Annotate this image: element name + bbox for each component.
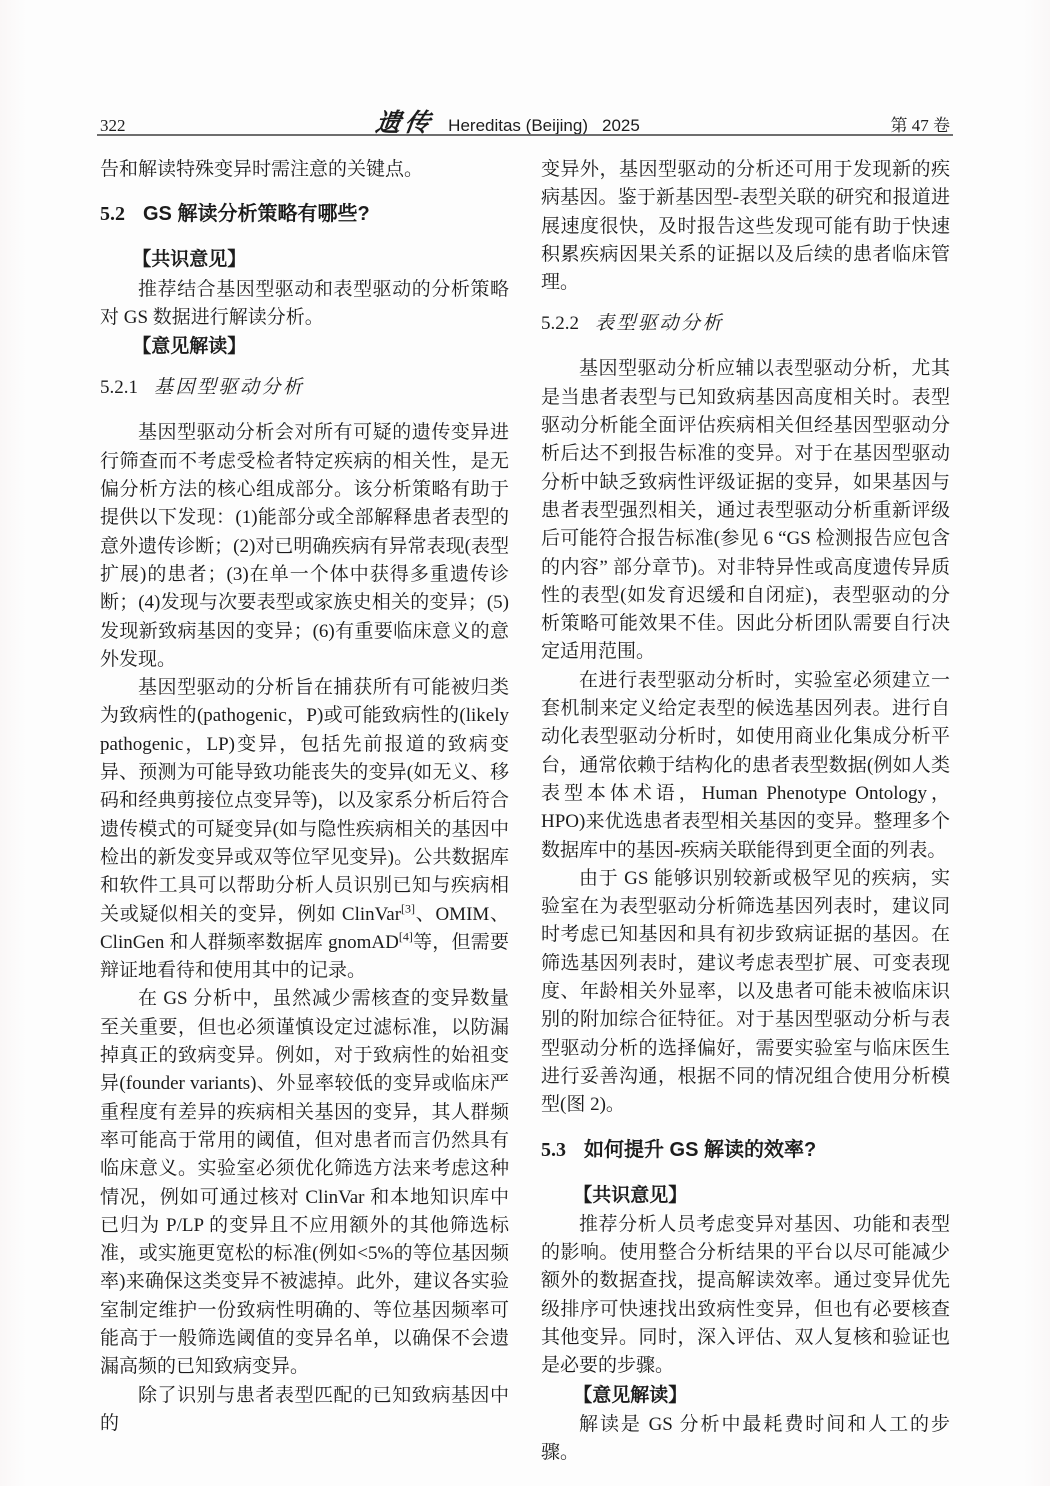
paragraph-text: 基因型驱动的分析旨在捕获所有可能被归类为致病性的(pathogenic，P)或可… (100, 677, 509, 924)
subsection-number: 5.2.2 (541, 313, 579, 334)
paragraph: 基因型驱动的分析旨在捕获所有可能被归类为致病性的(pathogenic，P)或可… (100, 674, 509, 985)
subsection-number: 5.2.1 (100, 377, 138, 398)
paragraph: 在 GS 分析中，虽然减少需核查的变异数量至关重要，但也必须谨慎设定过滤标准，以… (100, 985, 509, 1381)
subsection-title: 表型驱动分析 (595, 313, 724, 334)
section-title: GS 解读分析策略有哪些? (143, 203, 370, 225)
section-title: 如何提升 GS 解读的效率? (584, 1139, 816, 1161)
page-number: 322 (100, 116, 126, 136)
paragraph: 基因型驱动分析应辅以表型驱动分析，尤其是当患者表型与已知致病基因高度相关时。表型… (541, 355, 950, 666)
opinion-interpretation-text: 解读是 GS 分析中最耗费时间和人工的步骤。 (541, 1411, 950, 1468)
section-5-3-heading: 5.3如何提升 GS 解读的效率? (541, 1137, 950, 1163)
right-column: 变异外，基因型驱动的分析还可用于发现新的疾病基因。鉴于新基因型-表型关联的研究和… (541, 156, 950, 1467)
paragraph-start: 除了识别与患者表型匹配的已知致病基因中的 (100, 1382, 509, 1439)
paragraph-continuation: 告和解读特殊变异时需注意的关键点。 (100, 156, 509, 184)
subsection-title: 基因型驱动分析 (154, 377, 305, 398)
journal-name: Hereditas (Beijing) (448, 116, 588, 136)
paragraph-continuation: 变异外，基因型驱动的分析还可用于发现新的疾病基因。鉴于新基因型-表型关联的研究和… (541, 156, 950, 297)
citation-ref-3: [3] (401, 901, 415, 915)
paragraph: 在进行表型驱动分析时，实验室必须建立一套机制来定义给定表型的候选基因列表。进行自… (541, 667, 950, 865)
journal-page: 322 遗传 Hereditas (Beijing) 2025 第 47 卷 告… (0, 0, 1050, 1486)
left-column: 告和解读特殊变异时需注意的关键点。 5.2GS 解读分析策略有哪些? 【共识意见… (100, 156, 509, 1467)
section-5-2-2-heading: 5.2.2表型驱动分析 (541, 311, 950, 337)
header-divider (97, 134, 953, 136)
citation-ref-4: [4] (399, 930, 413, 944)
consensus-opinion-label: 【共识意见】 (100, 246, 509, 274)
journal-year: 2025 (602, 116, 640, 136)
opinion-interpretation-label: 【意见解读】 (541, 1382, 950, 1410)
paragraph: 由于 GS 能够识别较新或极罕见的疾病，实验室在为表型驱动分析筛选基因列表时，建… (541, 865, 950, 1120)
consensus-opinion-label: 【共识意见】 (541, 1182, 950, 1210)
consensus-opinion-text: 推荐结合基因型驱动和表型驱动的分析策略对 GS 数据进行解读分析。 (100, 276, 509, 333)
section-number: 5.3 (541, 1139, 566, 1161)
volume-number: 第 47 卷 (891, 111, 951, 136)
paragraph: 基因型驱动分析会对所有可疑的遗传变异进行筛查而不考虑受检者特定疾病的相关性，是无… (100, 419, 509, 674)
article-body: 告和解读特殊变异时需注意的关键点。 5.2GS 解读分析策略有哪些? 【共识意见… (100, 156, 950, 1467)
consensus-opinion-text: 推荐分析人员考虑变异对基因、功能和表型的影响。使用整合分析结果的平台以尽可能减少… (541, 1211, 950, 1381)
opinion-interpretation-label: 【意见解读】 (100, 333, 509, 361)
section-5-2-1-heading: 5.2.1基因型驱动分析 (100, 375, 509, 401)
section-number: 5.2 (100, 203, 125, 225)
section-5-2-heading: 5.2GS 解读分析策略有哪些? (100, 201, 509, 227)
